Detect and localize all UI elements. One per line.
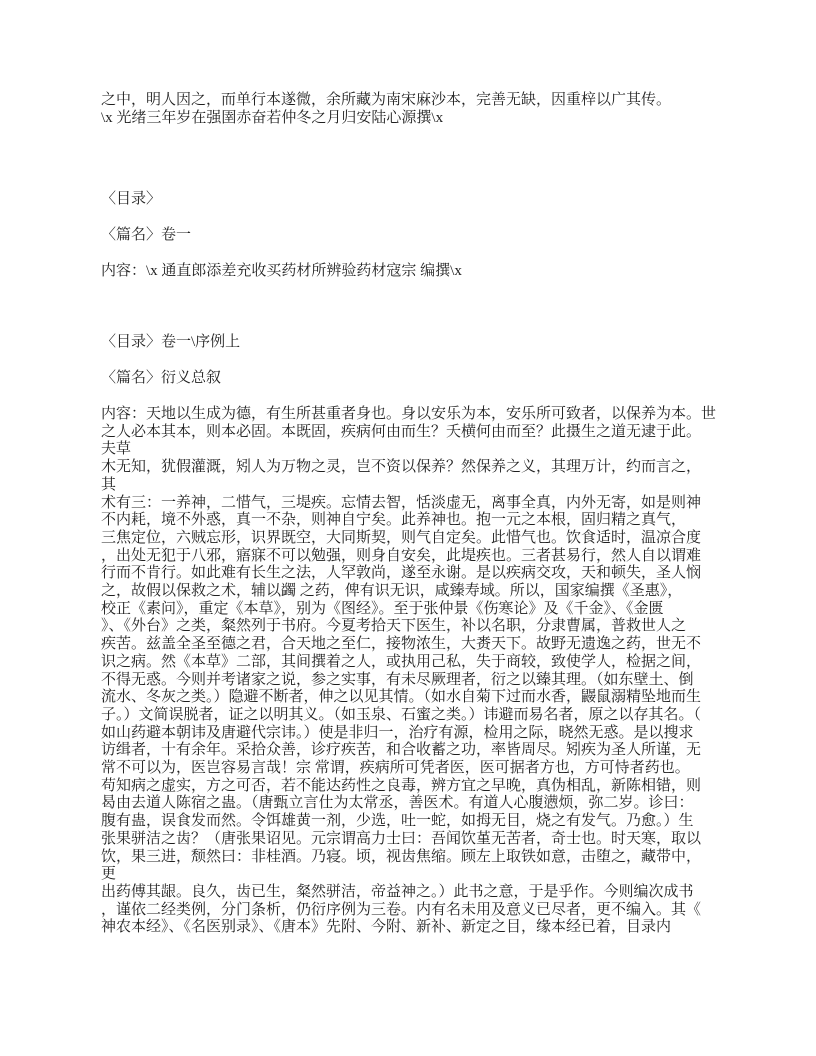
toc-entry-2: 〈目录〉卷一\序例上 [101,334,719,352]
text-line: 出药傅其龈。良久，齿已生，粲然骈洁，帝益神之。）此书之意，于是乎作。今则编次成书 [101,884,719,902]
text-line: 神农本经》、《名医别录》、《唐本》先附、今附、新补、新定之目，缘本经已着，目录内 [101,919,719,937]
section-title-1: 〈篇名〉卷一 [101,227,719,245]
text-line: 其 [101,477,719,495]
text-line: 之中，明人因之，而单行本遂微，余所藏为南宋麻沙本，完善无缺，因重梓以广其传。 [101,92,719,110]
text-line: 校正《素问》，重定《本草》，别为《图经》。至于张仲景《伤寒论》及《千金》、《金匮 [101,601,719,619]
text-line: 》、《外台》之类，粲然列于书府。今夏考拾天下医生，补以名职，分隶曹属，普救世人之 [101,618,719,636]
text-line: 三焦定位，六贼忘形，识界既空，大同斯契，则气自定矣。此惜气也。饮食适时，温凉合度 [101,530,719,548]
text-line: 夫草 [101,441,719,459]
text-line: 子。）文简误脱者，证之以明其义。（如玉泉、石蜜之类。）讳避而易名者，原之以存其名… [101,707,719,725]
text-line: ，出处无犯于八邪，寤寐不可以勉强，则身自安矣，此堤疾也。三者甚易行，然人自以谓难 [101,548,719,566]
text-line: 术有三：一养神，二惜气，三堤疾。忘情去智，恬淡虚无，离事全真，内外无寄，如是则神 [101,495,719,513]
text-line: \x 光绪三年岁在强圉赤奋若仲冬之月归安陆心源撰\x [101,110,719,128]
text-line: 曷由去道人陈宿之蛊。（唐甄立言仕为太常丞，善医术。有道人心腹懑烦，弥二岁。诊曰： [101,795,719,813]
document-page: 之中，明人因之，而单行本遂微，余所藏为南宋麻沙本，完善无缺，因重梓以广其传。\x… [0,0,816,1056]
text-line: 饮，果三进，颓然曰：非桂酒。乃寝。顷，视齿焦缩。顾左上取铁如意，击堕之，藏带中， [101,849,719,867]
text-line: 流水、冬灰之类。）隐避不断者，伸之以见其情。（如水自菊下过而水香，鼹鼠溺精坠地而… [101,689,719,707]
text-line: 更 [101,866,719,884]
text-line: 访缉者，十有余年。采拾众善，诊疗疾苦，和合收蓄之功，率皆周尽。矧疾为圣人所谨，无 [101,742,719,760]
text-line: 内容：天地以生成为德，有生所甚重者身也。身以安乐为本，安乐所可致者，以保养为本。… [101,406,719,424]
section-title-2: 〈篇名〉衍义总叙 [101,370,719,388]
text-line: 行而不肯行。如此难有长生之法，人罕敦尚，遂至永谢。是以疾病交攻，天和顿失，圣人悯 [101,565,719,583]
text-line: 苟知病之虚实，方之可否，若不能达药性之良毒，辨方宜之早晚，真伪相乱，新陈相错，则 [101,778,719,796]
text-line: 之人必本其本，则本必固。本既固，疾病何由而生？夭横何由而至？此摄生之道无逮于此。 [101,424,719,442]
text-line: 木无知，犹假灌溉，矧人为万物之灵，岂不资以保养？然保养之义，其理万计，约而言之， [101,459,719,477]
text-line: ，谨依二经类例，分门条析，仍衍序例为三卷。内有名未用及意义已尽者，更不编入。其《 [101,902,719,920]
text-line: 不内耗，境不外惑，真一不杂，则神自宁矣。此养神也。抱一元之本根，固归精之真气， [101,512,719,530]
text-line: 内容：\x 通直郎添差充收买药材所辨验药材寇宗 编撰\x [101,263,719,281]
text-line: 之，故假以保救之术，辅以蠲 之药，俾有识无识，咸臻寿域。所以，国家编撰《圣惠》， [101,583,719,601]
preface-block: 之中，明人因之，而单行本遂微，余所藏为南宋麻沙本，完善无缺，因重梓以广其传。\x… [101,92,719,127]
section-content-2: 内容：天地以生成为德，有生所甚重者身也。身以安乐为本，安乐所可致者，以保养为本。… [101,406,719,937]
text-line: 识之病。然《本草》二部，其间撰着之人，或执用己私，失于商较，致使学人，检据之间， [101,654,719,672]
section-content-1: 内容：\x 通直郎添差充收买药材所辨验药材寇宗 编撰\x [101,263,719,281]
text-line: 常不可以为，医岂容易言哉！宗 常谓，疾病所可凭者医，医可据者方也，方可恃者药也。 [101,760,719,778]
text-line: 疾苦。兹盖全圣至德之君，合天地之至仁，接物浓生，大赉天下。故野无遗逸之药，世无不 [101,636,719,654]
text-line: 如山药避本朝讳及唐避代宗讳。）使是非归一，治疗有源，检用之际，晓然无惑。是以搜求 [101,725,719,743]
text-line: 腹有蛊，误食发而然。令饵雄黄一剂，少选，吐一蛇，如拇无目，烧之有发气。乃愈。）生 [101,813,719,831]
toc-entry-1: 〈目录〉 [101,191,719,209]
text-line: 不得无惑。今则并考诸家之说，参之实事，有未尽厥理者，衍之以臻其理。（如东壁土、倒 [101,672,719,690]
text-line: 张果骈洁之齿？（唐张果诏见。元宗谓高力士曰：吾闻饮堇无苦者，奇士也。时天寒，取以 [101,831,719,849]
